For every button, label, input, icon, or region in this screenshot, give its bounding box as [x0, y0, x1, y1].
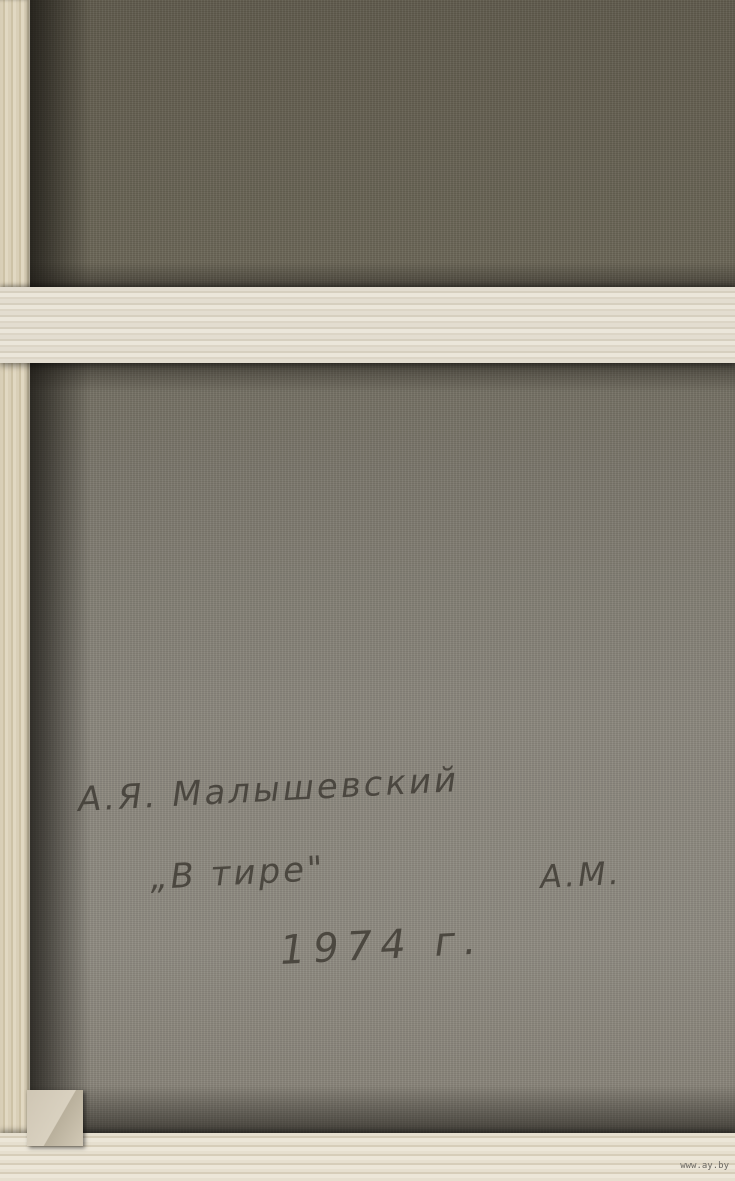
shadow-below-crossbar: [0, 362, 735, 392]
stretcher-crossbar: [0, 287, 735, 363]
corner-wedge-key: [27, 1090, 83, 1146]
shadow-bottom: [0, 1085, 735, 1135]
stretcher-bottom-rail: [0, 1133, 735, 1181]
shadow-left: [30, 0, 90, 1181]
stretcher-left-stile: [0, 0, 30, 1181]
inscription-initials: А.М.: [539, 854, 623, 896]
shadow-above-crossbar: [0, 262, 735, 288]
canvas-back: [0, 0, 735, 1181]
watermark: www.ay.by: [680, 1161, 729, 1171]
